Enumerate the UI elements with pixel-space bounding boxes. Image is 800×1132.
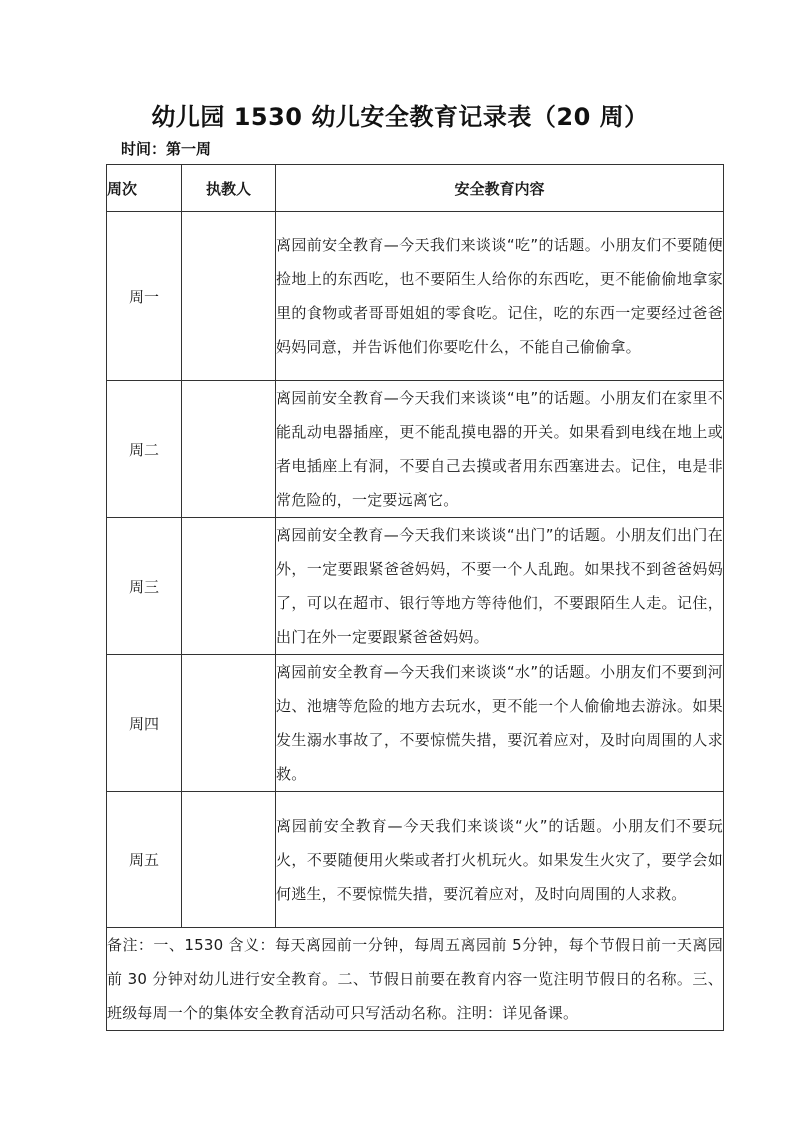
table-header-row: 周次 执教人 安全教育内容 — [107, 165, 724, 212]
teacher-cell[interactable] — [182, 792, 276, 928]
notes-row: 备注：一、1530 含义：每天离园前一分钟，每周五离园前 5分钟，每个节假日前一… — [107, 928, 724, 1031]
table-row: 周五 离园前安全教育—今天我们来谈谈“火”的话题。小朋友们不要玩火，不要随便用火… — [107, 792, 724, 928]
teacher-cell[interactable] — [182, 518, 276, 655]
teacher-cell[interactable] — [182, 655, 276, 792]
header-content: 安全教育内容 — [276, 165, 724, 212]
time-label: 时间：第一周 — [121, 138, 211, 159]
week-cell: 周五 — [107, 792, 182, 928]
week-cell: 周四 — [107, 655, 182, 792]
week-cell: 周二 — [107, 381, 182, 518]
header-teacher: 执教人 — [182, 165, 276, 212]
teacher-cell[interactable] — [182, 381, 276, 518]
document-title: 幼儿园 1530 幼儿安全教育记录表（20 周） — [0, 97, 800, 132]
teacher-cell[interactable] — [182, 212, 276, 381]
table-row: 周四 离园前安全教育—今天我们来谈谈“水”的话题。小朋友们不要到河边、池塘等危险… — [107, 655, 724, 792]
header-week: 周次 — [107, 165, 182, 212]
content-cell: 离园前安全教育—今天我们来谈谈“火”的话题。小朋友们不要玩火，不要随便用火柴或者… — [276, 792, 724, 928]
content-cell: 离园前安全教育—今天我们来谈谈“出门”的话题。小朋友们出门在外，一定要跟紧爸爸妈… — [276, 518, 724, 655]
notes-cell: 备注：一、1530 含义：每天离园前一分钟，每周五离园前 5分钟，每个节假日前一… — [107, 928, 724, 1031]
table-row: 周一 离园前安全教育—今天我们来谈谈“吃”的话题。小朋友们不要随便捡地上的东西吃… — [107, 212, 724, 381]
week-cell: 周三 — [107, 518, 182, 655]
week-cell: 周一 — [107, 212, 182, 381]
table-row: 周三 离园前安全教育—今天我们来谈谈“出门”的话题。小朋友们出门在外，一定要跟紧… — [107, 518, 724, 655]
table-row: 周二 离园前安全教育—今天我们来谈谈“电”的话题。小朋友们在家里不能乱动电器插座… — [107, 381, 724, 518]
content-cell: 离园前安全教育—今天我们来谈谈“吃”的话题。小朋友们不要随便捡地上的东西吃，也不… — [276, 212, 724, 381]
content-cell: 离园前安全教育—今天我们来谈谈“水”的话题。小朋友们不要到河边、池塘等危险的地方… — [276, 655, 724, 792]
safety-education-record-table: 周次 执教人 安全教育内容 周一 离园前安全教育—今天我们来谈谈“吃”的话题。小… — [106, 164, 724, 1031]
content-cell: 离园前安全教育—今天我们来谈谈“电”的话题。小朋友们在家里不能乱动电器插座，更不… — [276, 381, 724, 518]
